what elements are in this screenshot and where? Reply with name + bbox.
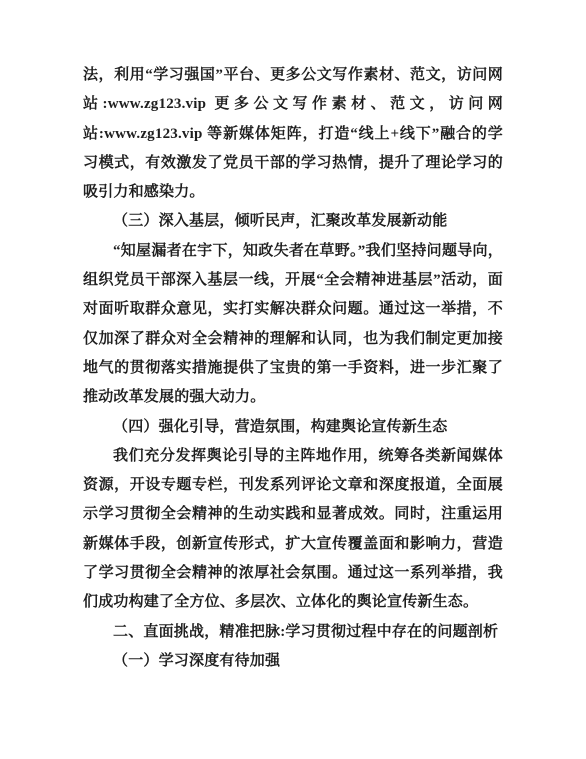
sub-heading-section-1: （一）学习深度有待加强 <box>83 647 503 676</box>
sub-heading-section-4: （四）强化引导，营造氛围，构建舆论宣传新生态 <box>83 413 503 442</box>
paragraph-continuation: 法，利用“学习强国”平台、更多公文写作素材、范文，访问网站:www.zg123.… <box>83 61 503 207</box>
paragraph-body: “知屋漏者在宇下，知政失者在草野。”我们坚持问题导向，组织党员干部深入基层一线，… <box>83 237 503 413</box>
paragraph-body: 我们充分发挥舆论引导的主阵地作用，统筹各类新闻媒体资源，开设专题专栏，刊发系列评… <box>83 442 503 618</box>
section-heading-part-2: 二、直面挑战，精准把脉:学习贯彻过程中存在的问题剖析 <box>83 618 503 647</box>
sub-heading-section-3: （三）深入基层，倾听民声，汇聚改革发展新动能 <box>83 207 503 236</box>
document-text-block: 法，利用“学习强国”平台、更多公文写作素材、范文，访问网站:www.zg123.… <box>83 61 503 676</box>
document-page: 法，利用“学习强国”平台、更多公文写作素材、范文，访问网站:www.zg123.… <box>0 0 586 759</box>
